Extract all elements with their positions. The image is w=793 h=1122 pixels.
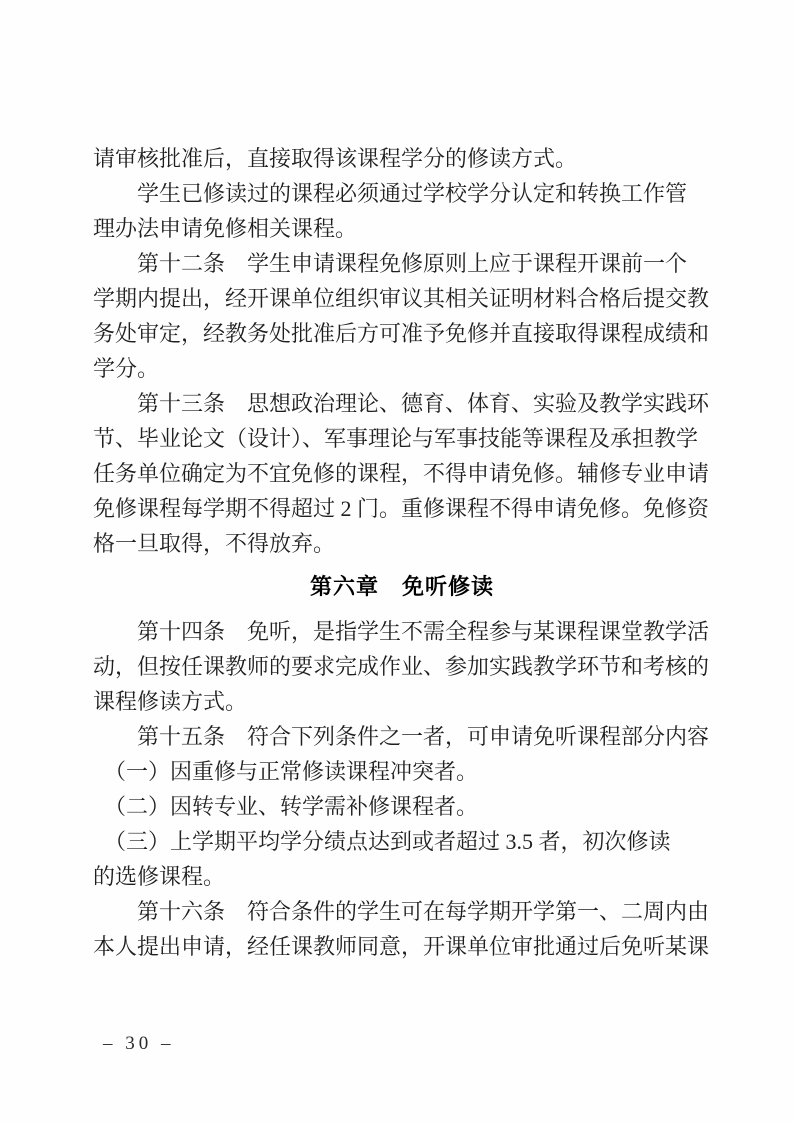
text-line: （二）因转专业、转学需补修课程者。 xyxy=(93,789,711,824)
text-line: 课程修读方式。 xyxy=(93,684,711,719)
text-line: 节、毕业论文（设计）、军事理论与军事技能等课程及承担教学 xyxy=(93,421,711,456)
text-line: 学分。 xyxy=(93,351,711,386)
text-line: （三）上学期平均学分绩点达到或者超过 3.5 者，初次修读 xyxy=(93,824,711,859)
text-line: 第十二条 学生申请课程免修原则上应于课程开课前一个 xyxy=(93,246,711,281)
text-line: 学生已修读过的课程必须通过学校学分认定和转换工作管 xyxy=(93,176,711,211)
lines-before-heading: 请审核批准后，直接取得该课程学分的修读方式。 学生已修读过的课程必须通过学校学分… xyxy=(93,141,711,561)
text-line: 的选修课程。 xyxy=(93,859,711,894)
text-line: 第十三条 思想政治理论、德育、体育、实验及教学实践环 xyxy=(93,386,711,421)
text-line: 学期内提出，经开课单位组织审议其相关证明材料合格后提交教 xyxy=(93,281,711,316)
page-number: – 30 – xyxy=(103,1032,175,1056)
text-line: 格一旦取得，不得放弃。 xyxy=(93,526,711,561)
text-line: 第十六条 符合条件的学生可在每学期开学第一、二周内由 xyxy=(93,894,711,929)
text-line: （一）因重修与正常修读课程冲突者。 xyxy=(93,754,711,789)
text-line: 请审核批准后，直接取得该课程学分的修读方式。 xyxy=(93,141,711,176)
page-content: 请审核批准后，直接取得该课程学分的修读方式。 学生已修读过的课程必须通过学校学分… xyxy=(93,141,711,964)
text-line: 务处审定，经教务处批准后方可准予免修并直接取得课程成绩和 xyxy=(93,316,711,351)
text-line: 任务单位确定为不宜免修的课程，不得申请免修。辅修专业申请 xyxy=(93,456,711,491)
text-line: 本人提出申请，经任课教师同意，开课单位审批通过后免听某课 xyxy=(93,929,711,964)
document-page: 请审核批准后，直接取得该课程学分的修读方式。 学生已修读过的课程必须通过学校学分… xyxy=(0,0,793,1122)
text-line: 理办法申请免修相关课程。 xyxy=(93,211,711,246)
text-line: 第十五条 符合下列条件之一者，可申请免听课程部分内容 xyxy=(93,719,711,754)
lines-after-heading: 第十四条 免听，是指学生不需全程参与某课程课堂教学活动，但按任课教师的要求完成作… xyxy=(93,614,711,964)
text-line: 动，但按任课教师的要求完成作业、参加实践教学环节和考核的 xyxy=(93,649,711,684)
chapter-heading: 第六章 免听修读 xyxy=(93,569,711,604)
text-line: 第十四条 免听，是指学生不需全程参与某课程课堂教学活 xyxy=(93,614,711,649)
text-line: 免修课程每学期不得超过 2 门。重修课程不得申请免修。免修资 xyxy=(93,491,711,526)
